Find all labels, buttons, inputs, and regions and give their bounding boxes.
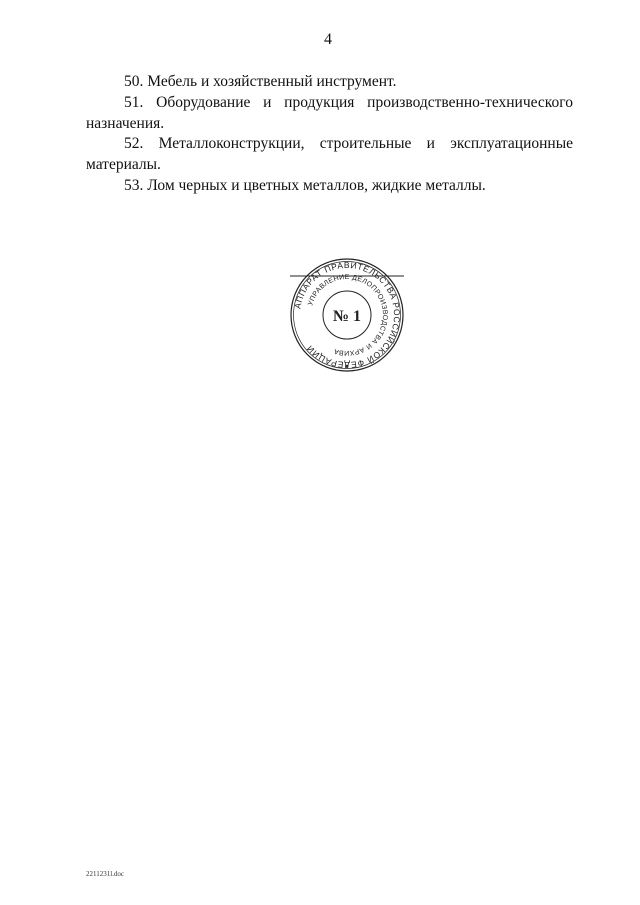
list-item-52: 52. Металлоконструкции, строительные и э… (86, 134, 573, 176)
list-item-51: 51. Оборудование и продукция производств… (86, 93, 573, 135)
seal-icon: АППАРАТ ПРАВИТЕЛЬСТВА РОССИЙСКОЙ ФЕДЕРАЦ… (282, 250, 412, 380)
footer-filename: 2211231l.doc (86, 870, 124, 878)
official-seal-stamp: АППАРАТ ПРАВИТЕЛЬСТВА РОССИЙСКОЙ ФЕДЕРАЦ… (282, 250, 412, 380)
list-item-53: 53. Лом черных и цветных металлов, жидки… (86, 176, 573, 197)
list-item-50: 50. Мебель и хозяйственный инструмент. (86, 72, 573, 93)
seal-center-text: № 1 (333, 308, 361, 325)
document-body: 50. Мебель и хозяйственный инструмент. 5… (86, 72, 573, 197)
page-number: 4 (0, 31, 640, 49)
